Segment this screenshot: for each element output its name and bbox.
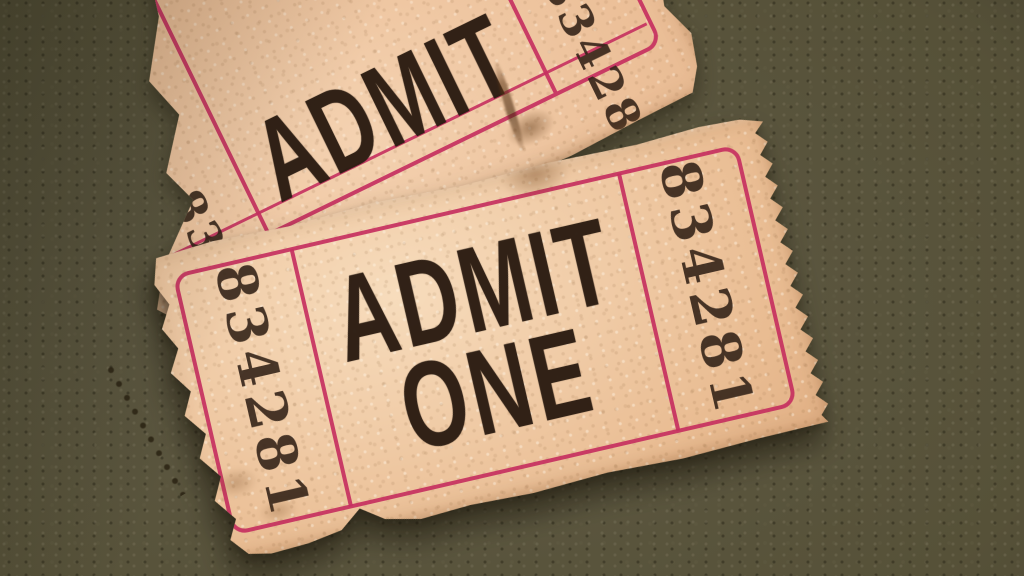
admit-one-text: ADMIT ONE [294,176,676,504]
one-word: ONE [391,316,602,464]
photo-scene: 834281 834281 ADMIT 834281 834281 ADMIT … [0,0,1024,576]
